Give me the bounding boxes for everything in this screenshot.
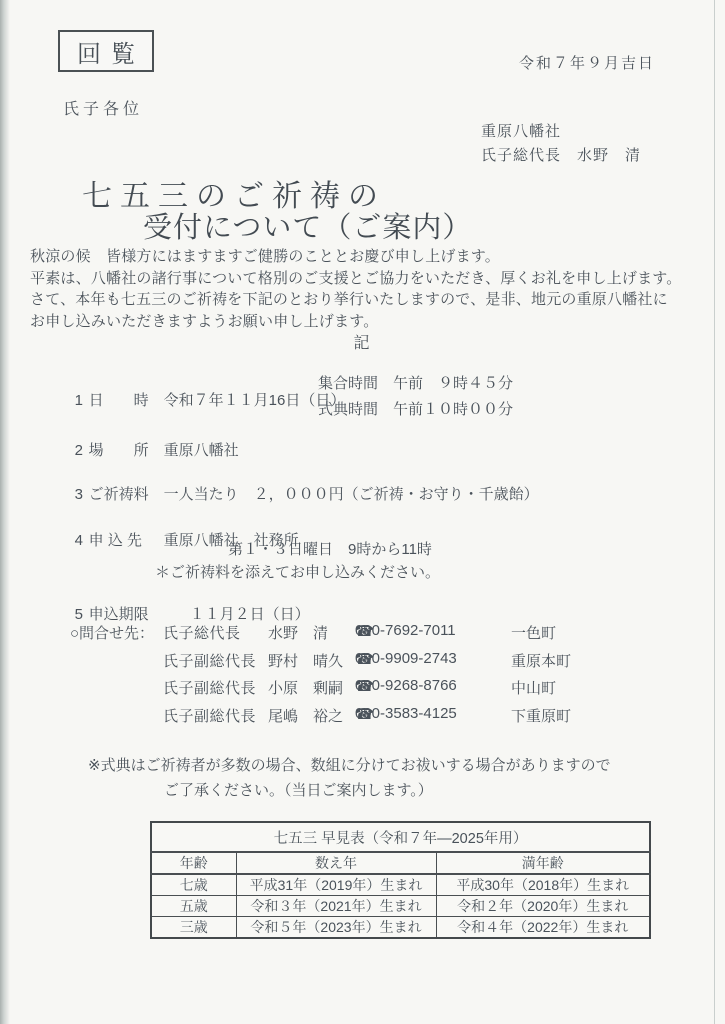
contact-row: ○問合せ先： 氏子総代長 水野 清 ☎090-7692-7011 一色町 <box>0 622 725 644</box>
phone-number: 090-3583-4125 <box>355 705 457 722</box>
table-cell-age: 五歳 <box>151 896 236 917</box>
table-cell-kazoedoshi: 令和３年（2021年）生まれ <box>236 896 436 917</box>
table-cell-full-age: 令和４年（2022年）生まれ <box>436 917 650 939</box>
item-number: 1 <box>75 392 89 409</box>
table-header-age: 年齢 <box>151 852 236 874</box>
item-label: 申 込 先 <box>89 529 164 550</box>
contact-name: 小原 剰嗣 <box>268 677 343 698</box>
phone-number: 090-9909-2743 <box>355 650 457 667</box>
item-value: 一人当たり ２，０００円（ご祈祷・お守り・千歳飴） <box>164 486 539 503</box>
application-note: ＊ご祈祷料を添えてお申し込みください。 <box>155 561 440 582</box>
contact-name: 水野 清 <box>268 622 328 643</box>
item-number: 2 <box>75 442 89 459</box>
phone-number: 090-9268-8766 <box>355 677 457 694</box>
sender-representative: 氏子総代長 水野 清 <box>481 144 641 165</box>
table-cell-age: 七歳 <box>151 874 236 896</box>
table-cell-kazoedoshi: 平成31年（2019年）生まれ <box>236 874 436 896</box>
item-label: 日 時 <box>89 389 164 410</box>
table-cell-kazoedoshi: 令和５年（2023年）生まれ <box>236 917 436 939</box>
contact-role: 氏子副総代長 <box>163 650 256 671</box>
phone-number: 090-7692-7011 <box>355 622 456 639</box>
ceremony-notice-line1: ※式典はご祈祷者が多数の場合、数組に分けてお祓いする場合がありますので <box>88 754 611 775</box>
item-label: ご祈祷料 <box>89 483 164 504</box>
contacts-heading: ○問合せ先： <box>70 622 154 643</box>
greeting-line: 平素は、八幡社の諸行事について格別のご支援とご協力をいただき、厚くお礼を申し上げ… <box>30 267 682 289</box>
contact-role: 氏子副総代長 <box>163 677 256 698</box>
item-value: １１月２日（日） <box>190 606 310 623</box>
scan-edge-left <box>0 0 10 1024</box>
contact-name: 尾嶋 裕之 <box>268 705 343 726</box>
sender-organization: 重原八幡社 <box>481 120 561 141</box>
item-label: 申込期限 <box>89 603 164 624</box>
table-row: 七歳 平成31年（2019年）生まれ 平成30年（2018年）生まれ <box>151 874 650 896</box>
table-cell-age: 三歳 <box>151 917 236 939</box>
contact-town: 重原本町 <box>511 650 571 671</box>
table-row: 五歳 令和３年（2021年）生まれ 令和２年（2020年）生まれ <box>151 896 650 917</box>
item-number: 3 <box>75 486 89 503</box>
item-date-time: 1日 時令和７年１１月16日（日） <box>58 372 345 427</box>
contact-row: 氏子副総代長 野村 晴久 ☎090-9909-2743 重原本町 <box>0 650 725 672</box>
table-title: 七五三 早見表（令和７年―2025年用） <box>151 822 650 852</box>
table-header-kazoedoshi: 数え年 <box>236 852 436 874</box>
table-cell-full-age: 令和２年（2020年）生まれ <box>436 896 650 917</box>
item-value: 重原八幡社 <box>164 442 239 459</box>
kairan-label: 回覧 <box>77 34 145 69</box>
doc-title-line2: 受付について（ご案内） <box>143 205 472 246</box>
scan-edge-right <box>714 0 715 1024</box>
assembly-time: 集合時間 午前 ９時４５分 <box>318 372 513 393</box>
item-label: 場 所 <box>89 439 164 460</box>
contact-town: 下重原町 <box>511 705 571 726</box>
scanned-notice-page: 回覧 令和７年９月吉日 氏子各位 重原八幡社 氏子総代長 水野 清 七五三のご祈… <box>0 0 725 1024</box>
greeting-line: 秋涼の候 皆様方にはますますご健勝のこととお慶び申し上げます。 <box>30 245 682 267</box>
age-quick-reference-table: 七五三 早見表（令和７年―2025年用） 年齢 数え年 満年齢 七歳 平成31年… <box>150 821 651 939</box>
contact-role: 氏子総代長 <box>163 622 241 643</box>
contact-town: 中山町 <box>511 677 556 698</box>
contact-row: 氏子副総代長 尾嶋 裕之 ☎090-3583-4125 下重原町 <box>0 705 725 727</box>
kairan-circulation-stamp: 回覧 <box>58 30 154 72</box>
reception-days: 第１・３日曜日 9時から11時 <box>228 538 432 559</box>
contact-row: 氏子副総代長 小原 剰嗣 ☎090-9268-8766 中山町 <box>0 677 725 699</box>
record-marker: 記 <box>0 330 725 353</box>
addressee: 氏子各位 <box>63 96 143 119</box>
table-row: 三歳 令和５年（2023年）生まれ 令和４年（2022年）生まれ <box>151 917 650 939</box>
table-header-full-age: 満年齢 <box>436 852 650 874</box>
item-number: 4 <box>75 532 89 549</box>
contact-town: 一色町 <box>511 622 556 643</box>
greeting-line: お申し込みいただきますようお願い申し上げます。 <box>30 310 682 332</box>
ceremony-time: 式典時間 午前１０時００分 <box>318 398 513 419</box>
greeting-line: さて、本年も七五三のご祈祷を下記のとおり挙行いたしますので、是非、地元の重原八幡… <box>30 288 682 310</box>
ceremony-notice-line2: ご了承ください。（当日ご案内します。） <box>164 779 433 800</box>
contact-role: 氏子副総代長 <box>163 705 256 726</box>
issue-date: 令和７年９月吉日 <box>519 52 655 73</box>
item-number: 5 <box>75 606 89 623</box>
table-cell-full-age: 平成30年（2018年）生まれ <box>436 874 650 896</box>
contact-name: 野村 晴久 <box>268 650 343 671</box>
greeting-paragraph: 秋涼の候 皆様方にはますますご健勝のこととお慶び申し上げます。 平素は、八幡社の… <box>30 245 682 332</box>
